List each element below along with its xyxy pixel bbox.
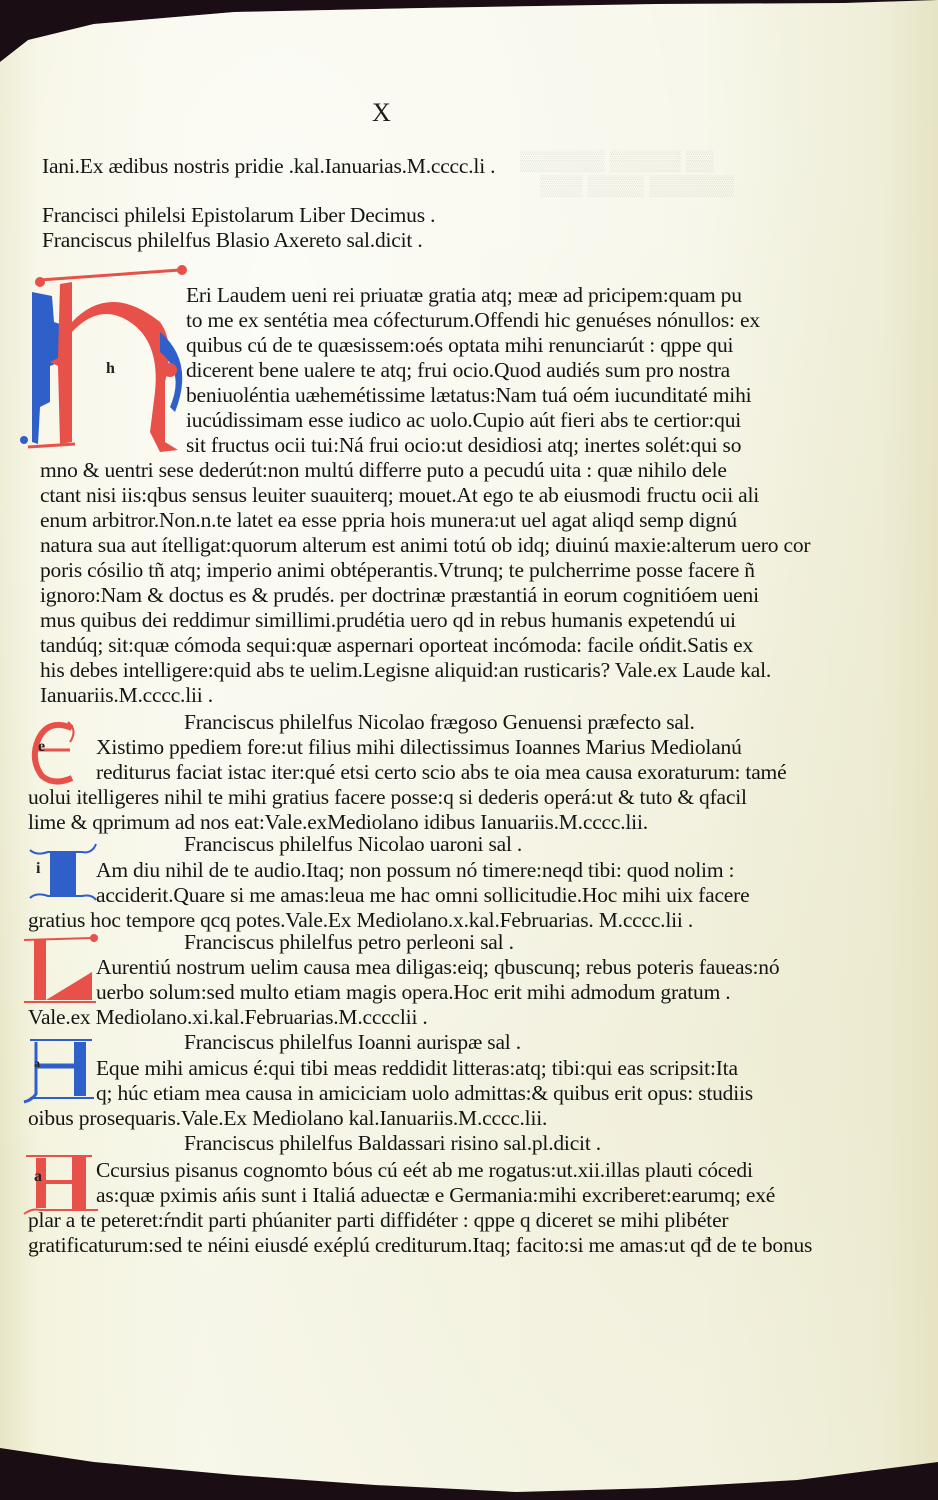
text-line: Eri Laudem ueni rei priuatæ gratia atq; … — [186, 285, 742, 307]
text-line: gratificaturum:sed te néini eiusdé exépl… — [28, 1235, 812, 1257]
guide-letter: a — [34, 1056, 40, 1071]
text-line: Aurentiú nostrum uelim causa mea diligas… — [96, 957, 779, 979]
letter-salutation: Franciscus philelfus Ioanni aurispæ sal … — [184, 1032, 521, 1054]
letter-salutation: Franciscus philelfus petro perleoni sal … — [184, 932, 514, 954]
text-line: quibus cú de te quæsissem:oés optata mih… — [186, 335, 733, 357]
folio-number: X — [372, 98, 391, 128]
text-line: Am diu nihil de te audio.Itaq; non possu… — [96, 860, 734, 882]
show-through-text: ▒▒▒▒▒▒ ▒▒▒▒▒ ▒▒ — [520, 150, 714, 173]
guide-letter: a — [34, 1168, 42, 1186]
text-line: oibus prosequaris.Vale.Ex Mediolano kal.… — [28, 1108, 547, 1130]
text-line: mus quibus dei reddimur simillimi.prudét… — [40, 610, 736, 632]
illuminated-initial-h — [10, 262, 190, 458]
text-line: ignoro:Nam & doctus es & prudés. per doc… — [40, 585, 759, 607]
letter-salutation: Franciscus philelfus Nicolao frægoso Gen… — [184, 712, 695, 734]
text-line: dicerent bene ualere te atq; frui ocio.Q… — [186, 360, 730, 382]
text-line: enum arbitror.Non.n.te latet ea esse ppr… — [40, 510, 737, 532]
guide-letter: e — [38, 738, 45, 756]
text-line: beniuoléntia uæhemétissime lætatus:Nam t… — [186, 385, 751, 407]
guide-letter: i — [36, 860, 40, 878]
text-line: gratius hoc tempore qcq potes.Vale.Ex Me… — [28, 910, 693, 932]
text-line: rediturus faciat istac iter:qué etsi cer… — [96, 762, 786, 784]
text-line: acciderit.Quare si me amas:leua me hac o… — [96, 885, 749, 907]
text-line: his debes intelligere:quid abs te uelim.… — [40, 660, 771, 682]
text-line: natura sua aut ítelligat:quorum alterum … — [40, 535, 810, 557]
text-line: lime & qprimum ad nos eat:Vale.exMediola… — [28, 812, 648, 834]
illuminated-initial-e — [28, 720, 78, 786]
book-title: Francisci philelsi Epistolarum Liber Dec… — [42, 205, 435, 227]
text-line: Ianuariis.M.cccc.lii . — [40, 685, 213, 707]
illuminated-initial-l — [22, 932, 98, 1004]
text-line: sit fructus ocii tui:Ná frui ocio:ut des… — [186, 435, 741, 457]
text-line: mno & uentri sese dederút:non multú diff… — [40, 460, 727, 482]
text-line: ctant nisi iis:qbus sensus leuiter suaui… — [40, 485, 759, 507]
text-line: plar a te peteret:ŕndit parti phúaniter … — [28, 1210, 728, 1232]
letter-salutation: Franciscus philelfus Nicolao uaroni sal … — [184, 834, 522, 856]
text-line: uolui itelligeres nihil te mihi gratius … — [28, 787, 747, 809]
letter-salutation: Franciscus philelfus Blasio Axereto sal.… — [42, 230, 423, 252]
text-line: tandúq; sit:quæ cómoda sequi:quæ asperna… — [40, 635, 753, 657]
text-line: poris cósilio tñ atq; imperio animi obté… — [40, 560, 755, 582]
manuscript-page: ▒▒▒▒▒▒ ▒▒▒▒▒ ▒▒ ▒▒▒ ▒▒▒▒ ▒▒▒▒▒▒ X Iani.E… — [0, 0, 938, 1500]
guide-letter: h — [106, 360, 115, 378]
show-through-text: ▒▒▒ ▒▒▒▒ ▒▒▒▒▒▒ — [540, 175, 734, 198]
text-line: Eque mihi amicus é:qui tibi meas reddidi… — [96, 1058, 738, 1080]
text-line: Ccursius pisanus cognomto bóus cú eét ab… — [96, 1160, 753, 1182]
text-line: Xistimo ppediem fore:ut filius mihi dile… — [96, 737, 742, 759]
text-line: iucúdissimam esse iudico ac uolo.Cupio a… — [186, 410, 741, 432]
text-line: to me ex sentétia mea cófecturum.Offendi… — [186, 310, 760, 332]
header-line: Iani.Ex ædibus nostris pridie .kal.Ianua… — [42, 156, 495, 178]
text-line: Vale.ex Mediolano.xi.kal.Februarias.M.cc… — [28, 1007, 428, 1029]
text-line: as:quæ pximis ańis sunt i Italiá aduectæ… — [96, 1185, 775, 1207]
text-line: uerbo solum:sed multo etiam magis opera.… — [96, 982, 730, 1004]
letter-salutation: Franciscus philelfus Baldassari risino s… — [184, 1133, 601, 1155]
text-line: q; húc etiam mea causa in amiciciam uolo… — [96, 1083, 753, 1105]
